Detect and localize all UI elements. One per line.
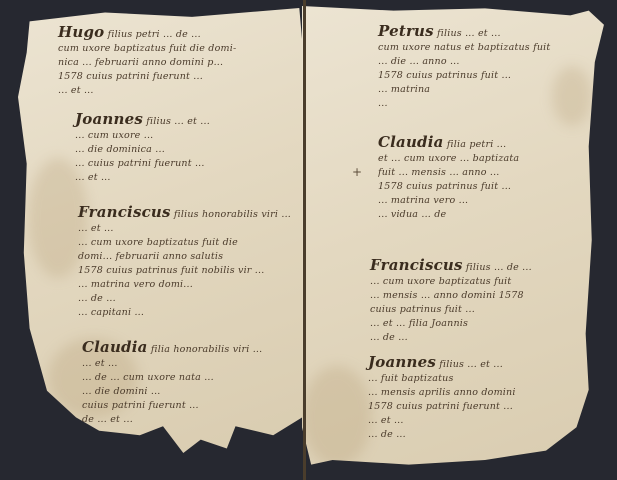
- book-spine: [303, 0, 306, 480]
- entry-left-3: Franciscus filius honorabilis viri ... .…: [78, 205, 303, 320]
- entry-right-2: Claudia filia petri ... et ... cum uxore…: [378, 135, 593, 222]
- entry-left-4: Claudia filia honorabilis viri ... ... e…: [82, 340, 302, 427]
- entry-right-4: Joannes filius ... et ... ... fuit bapti…: [368, 355, 588, 442]
- margin-cross-mark: +: [352, 165, 362, 179]
- entry-right-1: Petrus filius ... et ... cum uxore natus…: [378, 24, 593, 111]
- entry-left-2: Joannes filius ... et ... ... cum uxore …: [75, 112, 303, 185]
- entry-right-3: Franciscus filius ... de ... ... cum uxo…: [370, 258, 590, 345]
- entry-left-1: Hugo filius petri ... de ... cum uxore b…: [58, 25, 303, 98]
- entry-name: Hugo: [58, 23, 104, 41]
